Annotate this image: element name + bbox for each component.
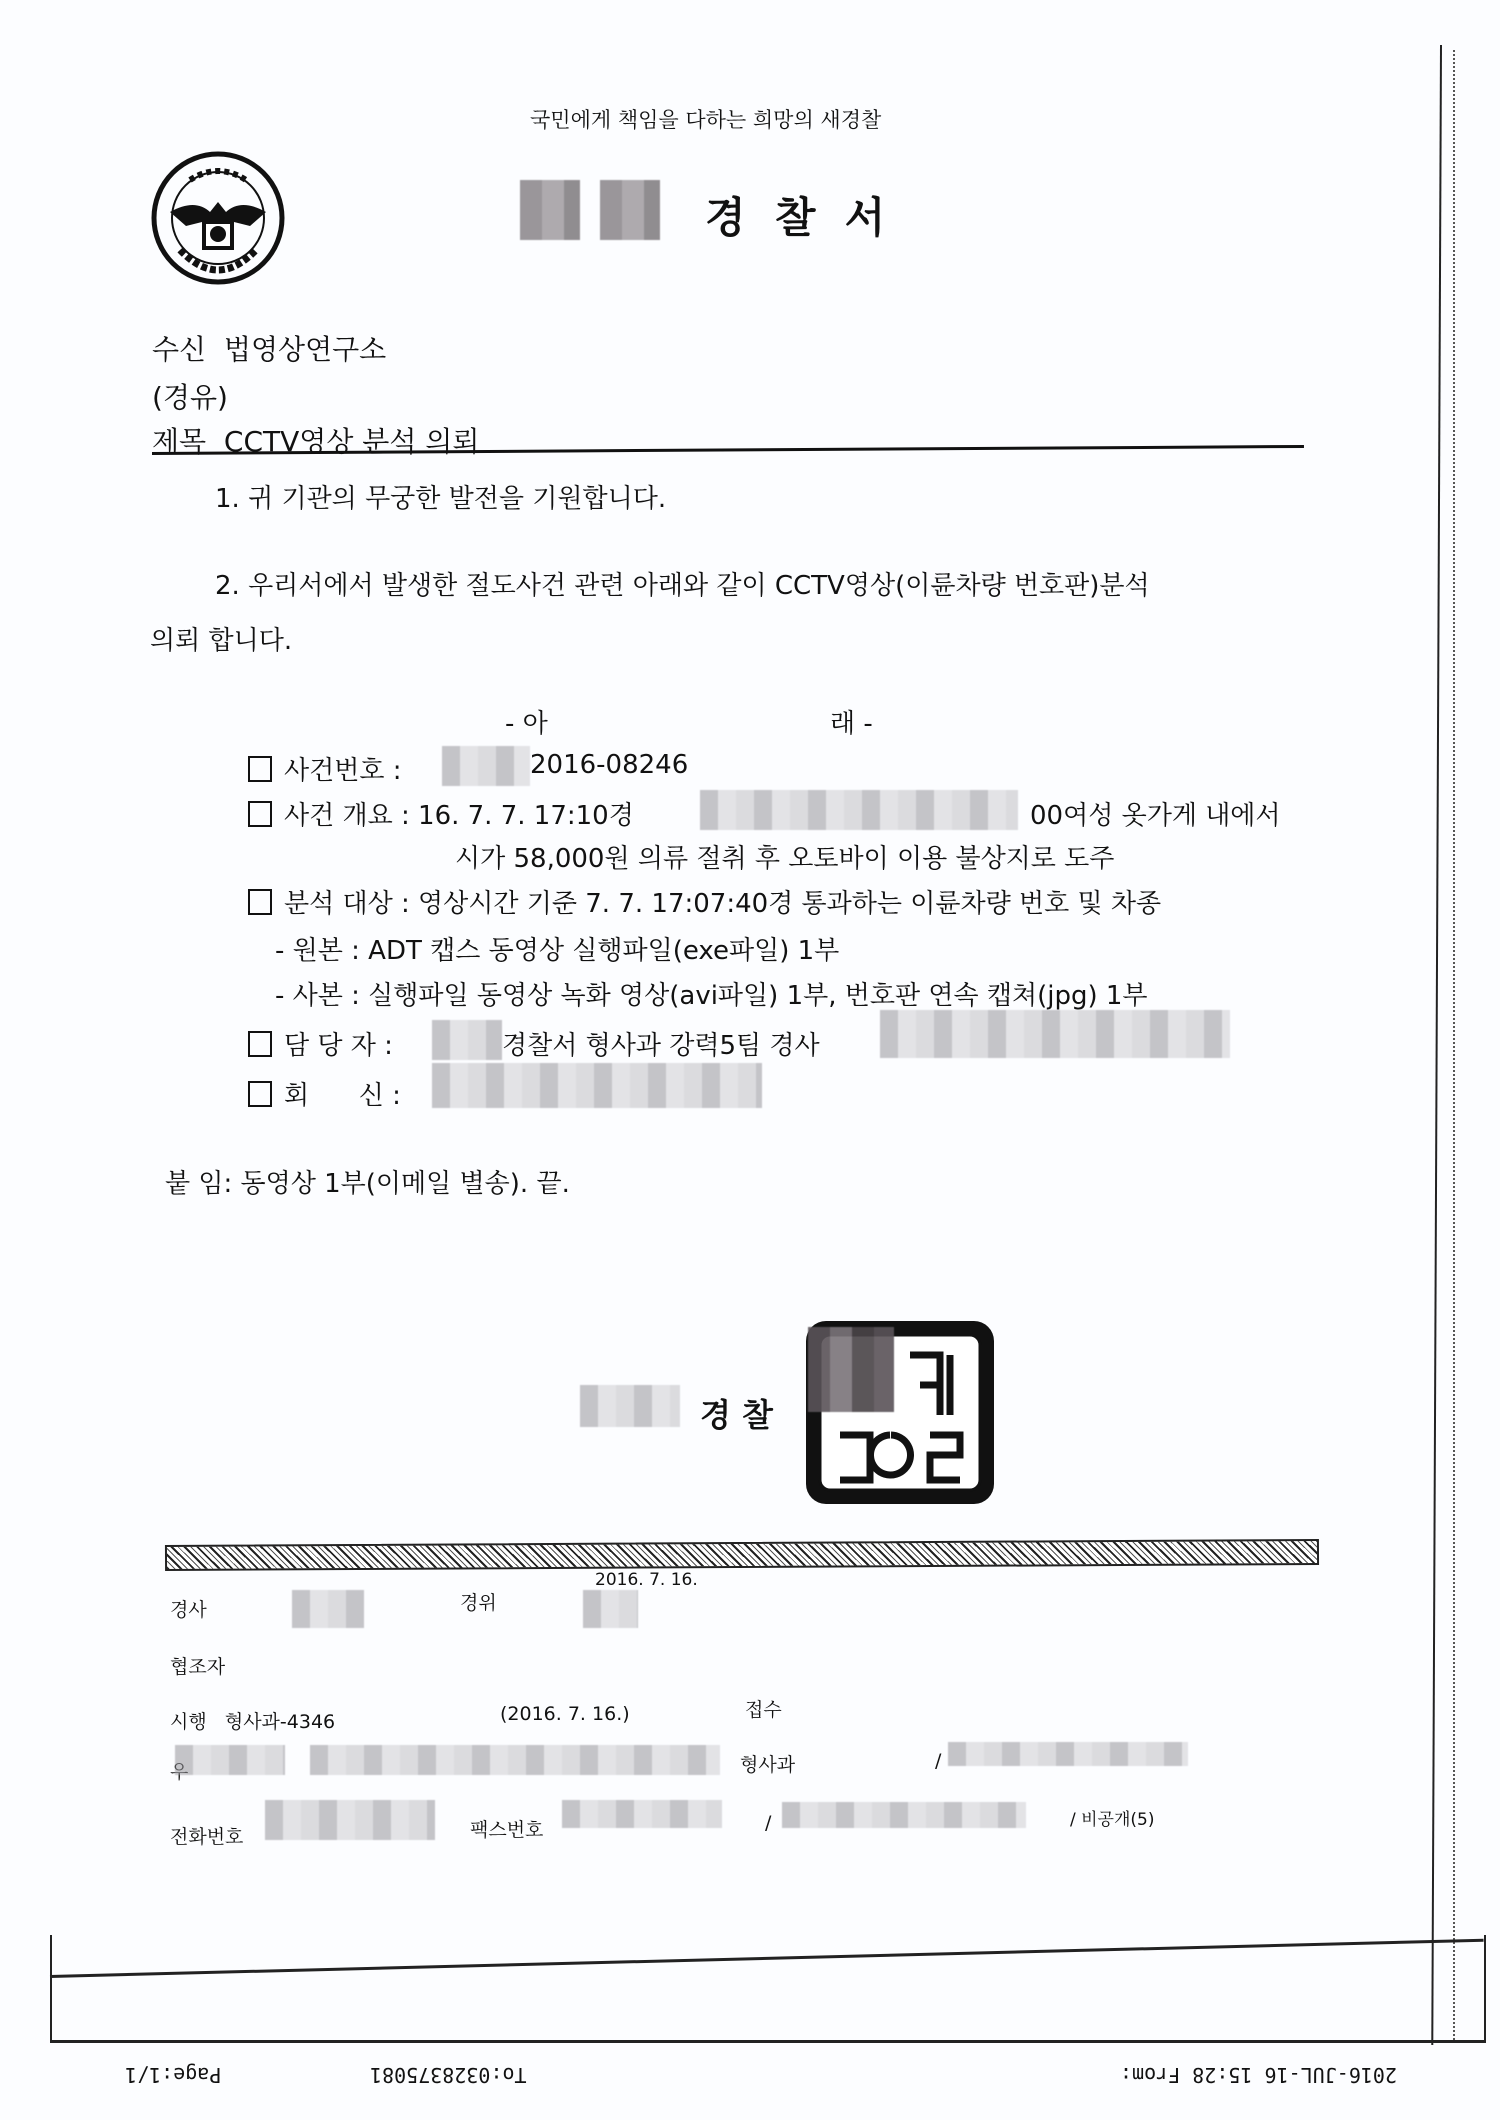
paragraph-1: 1. 귀 기관의 무궁한 발전을 기원합니다. bbox=[215, 478, 666, 515]
rank-1: 경사 bbox=[170, 1595, 207, 1622]
case-summary-location: 00여성 옷가게 내에서 bbox=[1030, 795, 1281, 832]
slash-2: / bbox=[765, 1812, 771, 1834]
checkbox-icon bbox=[248, 1031, 272, 1057]
recipient-line: 수신 법영상연구소 bbox=[152, 328, 386, 368]
redacted bbox=[175, 1745, 285, 1775]
redacted-issuer bbox=[580, 1385, 680, 1427]
checkbox-icon bbox=[248, 756, 272, 782]
redacted bbox=[583, 1590, 638, 1628]
redacted bbox=[310, 1745, 720, 1775]
below-heading-right: 래 - bbox=[830, 703, 873, 740]
sub-item-original: - 원본 : ADT 캡스 동영상 실행파일(exe파일) 1부 bbox=[275, 930, 839, 967]
redacted bbox=[948, 1742, 1188, 1766]
official-seal-icon bbox=[800, 1315, 1000, 1510]
redacted-station-name bbox=[520, 180, 580, 240]
redacted bbox=[880, 1010, 1230, 1058]
police-eagle-emblem-icon bbox=[150, 150, 286, 286]
checkbox-icon bbox=[248, 1081, 272, 1107]
fax-to: To:0328375081 bbox=[370, 2063, 527, 2087]
paragraph-2: 2. 우리서에서 발생한 절도사건 관련 아래와 같이 CCTV영상(이륜차량 … bbox=[215, 565, 1150, 602]
cooperator-label: 협조자 bbox=[170, 1652, 225, 1679]
redacted bbox=[265, 1800, 435, 1840]
fax-frame bbox=[50, 1935, 1486, 2043]
redacted bbox=[782, 1802, 1026, 1828]
fax-from: 2016-JUL-16 15:28 From: bbox=[1120, 2063, 1397, 2087]
sub-item-copy: - 사본 : 실행파일 동영상 녹화 영상(avi파일) 1부, 번호판 연속 … bbox=[275, 975, 1148, 1012]
slogan: 국민에게 책임을 다하는 희망의 새경찰 bbox=[530, 104, 881, 134]
checkbox-icon bbox=[248, 889, 272, 915]
rank-2: 경위 bbox=[460, 1588, 497, 1615]
item-analysis-target: 분석 대상 : 영상시간 기준 7. 7. 17:07:40경 통과하는 이륜차… bbox=[248, 883, 1161, 920]
issuer-name: 경 찰 bbox=[700, 1390, 773, 1436]
below-heading-left: - 아 bbox=[505, 703, 548, 740]
person-in-charge-value: 경찰서 형사과 강력5팀 경사 bbox=[502, 1025, 820, 1062]
disclosure: / 비공개(5) bbox=[1070, 1805, 1154, 1830]
redacted bbox=[432, 1020, 502, 1060]
receipt-label: 접수 bbox=[745, 1695, 782, 1722]
redacted bbox=[562, 1800, 722, 1828]
paragraph-2-cont: 의뢰 합니다. bbox=[150, 620, 292, 657]
checkbox-icon bbox=[248, 801, 272, 827]
item-case-summary: 사건 개요 : 16. 7. 7. 17:10경 bbox=[248, 795, 634, 832]
redacted bbox=[700, 790, 1018, 830]
approval-band bbox=[165, 1539, 1319, 1571]
item-case-number: 사건번호 : bbox=[248, 750, 402, 787]
redacted bbox=[432, 1063, 762, 1108]
document-title: 경 찰 서 bbox=[705, 185, 885, 245]
redacted bbox=[442, 746, 530, 786]
date-signed: 2016. 7. 16. bbox=[595, 1570, 698, 1590]
department: 형사과 bbox=[740, 1750, 795, 1777]
via-line: (경유) bbox=[152, 376, 228, 416]
fax-label: 팩스번호 bbox=[470, 1815, 543, 1842]
redacted bbox=[292, 1590, 364, 1628]
police-emblem-logo bbox=[150, 150, 286, 286]
case-summary-cont: 시가 58,000원 의류 절취 후 오토바이 이용 불상지로 도주 bbox=[455, 838, 1114, 875]
item-person-in-charge: 담 당 자 : bbox=[248, 1025, 393, 1062]
scan-edge-dots bbox=[1453, 50, 1455, 2040]
slash-1: / bbox=[935, 1750, 941, 1772]
attachment-line: 붙 임: 동영상 1부(이메일 별송). 끝. bbox=[165, 1163, 570, 1200]
recipient: 법영상연구소 bbox=[224, 333, 386, 366]
redacted-station-name bbox=[600, 180, 660, 240]
recipient-label: 수신 bbox=[152, 333, 206, 366]
enforce-date: (2016. 7. 16.) bbox=[500, 1703, 630, 1725]
redacted-seal bbox=[808, 1327, 894, 1412]
scan-edge-line bbox=[1431, 45, 1442, 2045]
item-reply: 회 신 : bbox=[248, 1075, 401, 1112]
enforce-line: 시행 형사과-4346 bbox=[170, 1707, 335, 1734]
case-number-value: 2016-08246 bbox=[530, 750, 688, 780]
phone-label: 전화번호 bbox=[170, 1822, 243, 1849]
fax-page: Page:1/1 bbox=[125, 2063, 221, 2087]
